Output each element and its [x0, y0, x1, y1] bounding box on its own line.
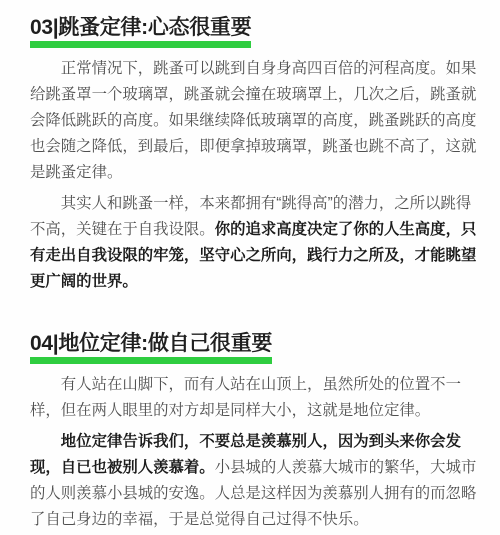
paragraph: 正常情况下，跳蚤可以跳到自身身高四百倍的河程高度。如果给跳蚤罩一个玻璃罩，跳蚤就… [30, 56, 478, 186]
section-status-law: 04|地位定律:做自己很重要 有人站在山脚下，而有人站在山顶上，虽然所处的位置不… [30, 331, 478, 533]
paragraph: 有人站在山脚下，而有人站在山顶上，虽然所处的位置不一样，但在两人眼里的对方却是同… [30, 372, 478, 424]
section-heading-flea-law: 03|跳蚤定律:心态很重要 [30, 15, 251, 48]
paragraph: 地位定律告诉我们，不要总是羡慕别人，因为到头来你会发现，自已也被别人羡慕着。小县… [30, 429, 478, 533]
article-page: 03|跳蚤定律:心态很重要 正常情况下，跳蚤可以跳到自身身高四百倍的河程高度。如… [0, 0, 500, 535]
paragraph: 其实人和跳蚤一样，本来都拥有“跳得高”的潜力，之所以跳得不高，关键在于自我设限。… [30, 191, 478, 295]
section-flea-law: 03|跳蚤定律:心态很重要 正常情况下，跳蚤可以跳到自身身高四百倍的河程高度。如… [30, 15, 478, 295]
section-body: 有人站在山脚下，而有人站在山顶上，虽然所处的位置不一样，但在两人眼里的对方却是同… [30, 372, 478, 533]
section-heading-status-law: 04|地位定律:做自己很重要 [30, 331, 272, 364]
section-body: 正常情况下，跳蚤可以跳到自身身高四百倍的河程高度。如果给跳蚤罩一个玻璃罩，跳蚤就… [30, 56, 478, 295]
paragraph-text: 有人站在山脚下，而有人站在山顶上，虽然所处的位置不一样，但在两人眼里的对方却是同… [30, 376, 461, 419]
paragraph-text: 正常情况下，跳蚤可以跳到自身身高四百倍的河程高度。如果给跳蚤罩一个玻璃罩，跳蚤就… [30, 60, 476, 181]
